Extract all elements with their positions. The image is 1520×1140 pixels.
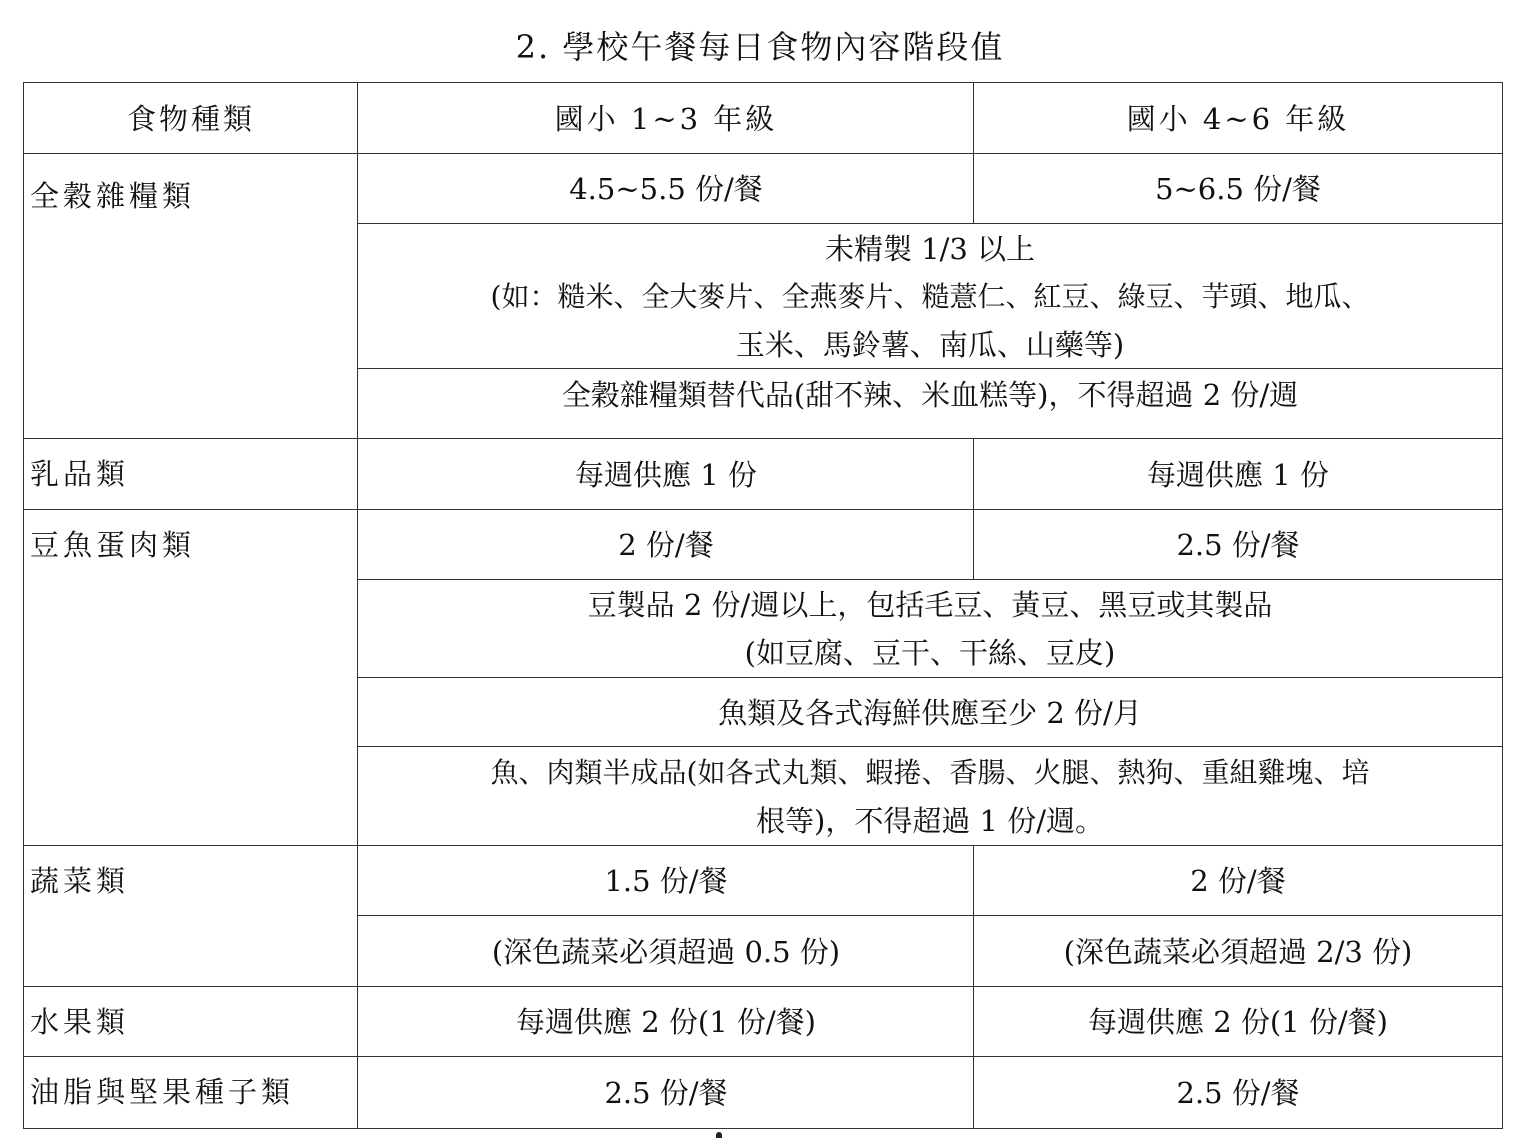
note-line: 魚類及各式海鮮供應至少 2 份/月 (718, 689, 1142, 737)
cell-value: 5~6.5 份/餐 (1155, 165, 1321, 213)
category-grains: 全穀雜糧類 (23, 153, 359, 440)
note-line: (如豆腐、豆干、干絲、豆皮) (745, 629, 1116, 677)
header-label: 食物種類 (127, 95, 255, 143)
grains-unrefined-note: 未精製 1/3 以上 (如：糙米、全大麥片、全燕麥片、糙薏仁、紅豆、綠豆、芋頭、… (357, 223, 1503, 370)
protein-seafood-note: 魚類及各式海鮮供應至少 2 份/月 (357, 677, 1503, 748)
note-line: (如：糙米、全大麥片、全燕麥片、糙薏仁、紅豆、綠豆、芋頭、地瓜、 (491, 273, 1370, 321)
category-oils: 油脂與堅果種子類 (23, 1056, 359, 1129)
vegetables-dark-g1-3: (深色蔬菜必須超過 0.5 份) (357, 915, 975, 988)
page-number-fragment (716, 1132, 722, 1138)
cell-value: 2.5 份/餐 (1176, 521, 1299, 569)
vegetables-g4-6: 2 份/餐 (973, 845, 1503, 917)
protein-processed-note: 魚、肉類半成品(如各式丸類、蝦捲、香腸、火腿、熱狗、重組雞塊、培 根等)，不得超… (357, 746, 1503, 847)
oils-g1-3: 2.5 份/餐 (357, 1056, 975, 1129)
category-label: 水果類 (30, 998, 129, 1046)
category-protein: 豆魚蛋肉類 (23, 509, 359, 847)
category-fruit: 水果類 (23, 986, 359, 1058)
note-line: 根等)，不得超過 1 份/週。 (756, 797, 1104, 845)
category-label: 蔬菜類 (30, 857, 129, 905)
protein-g1-3: 2 份/餐 (357, 509, 975, 581)
dairy-g1-3: 每週供應 1 份 (357, 438, 975, 511)
cell-value: 每週供應 2 份(1 份/餐) (516, 998, 816, 1046)
category-label: 油脂與堅果種子類 (30, 1068, 294, 1116)
grains-substitute-note: 全穀雜糧類替代品(甜不辣、米血糕等)，不得超過 2 份/週 (357, 368, 1503, 440)
note-line: 玉米、馬鈴薯、南瓜、山藥等) (736, 321, 1124, 369)
header-food-category: 食物種類 (23, 82, 359, 155)
cell-value: 2 份/餐 (1190, 857, 1285, 905)
cell-value: (深色蔬菜必須超過 2/3 份) (1064, 928, 1413, 976)
grains-g1-3: 4.5~5.5 份/餐 (357, 153, 975, 225)
cell-value: 2 份/餐 (618, 521, 713, 569)
cell-value: 4.5~5.5 份/餐 (569, 165, 763, 213)
cell-value: (深色蔬菜必須超過 0.5 份) (492, 928, 840, 976)
fruit-g1-3: 每週供應 2 份(1 份/餐) (357, 986, 975, 1058)
cell-value: 每週供應 1 份 (575, 451, 757, 499)
dairy-g4-6: 每週供應 1 份 (973, 438, 1503, 511)
protein-g4-6: 2.5 份/餐 (973, 509, 1503, 581)
protein-soy-note: 豆製品 2 份/週以上，包括毛豆、黃豆、黑豆或其製品 (如豆腐、豆干、干絲、豆皮… (357, 579, 1503, 679)
category-label: 豆魚蛋肉類 (30, 521, 195, 569)
cell-value: 每週供應 1 份 (1147, 451, 1329, 499)
header-label: 國小 1~3 年級 (555, 95, 778, 143)
grains-g4-6: 5~6.5 份/餐 (973, 153, 1503, 225)
oils-g4-6: 2.5 份/餐 (973, 1056, 1503, 1129)
vegetables-dark-g4-6: (深色蔬菜必須超過 2/3 份) (973, 915, 1503, 988)
category-vegetables: 蔬菜類 (23, 845, 359, 988)
cell-value: 每週供應 2 份(1 份/餐) (1088, 998, 1388, 1046)
note-line: 魚、肉類半成品(如各式丸類、蝦捲、香腸、火腿、熱狗、重組雞塊、培 (491, 749, 1370, 797)
cell-value: 2.5 份/餐 (1176, 1069, 1299, 1117)
document-title: 2. 學校午餐每日食物內容階段值 (0, 22, 1520, 68)
note-line: 豆製品 2 份/週以上，包括毛豆、黃豆、黑豆或其製品 (588, 581, 1273, 629)
cell-value: 1.5 份/餐 (604, 857, 727, 905)
header-grade-1-3: 國小 1~3 年級 (357, 82, 975, 155)
fruit-g4-6: 每週供應 2 份(1 份/餐) (973, 986, 1503, 1058)
category-label: 全穀雜糧類 (30, 172, 195, 220)
category-dairy: 乳品類 (23, 438, 359, 511)
vegetables-g1-3: 1.5 份/餐 (357, 845, 975, 917)
category-label: 乳品類 (30, 450, 129, 498)
note-line: 未精製 1/3 以上 (825, 225, 1035, 273)
note-line: 全穀雜糧類替代品(甜不辣、米血糕等)，不得超過 2 份/週 (562, 371, 1298, 419)
header-label: 國小 4~6 年級 (1127, 95, 1350, 143)
header-grade-4-6: 國小 4~6 年級 (973, 82, 1503, 155)
cell-value: 2.5 份/餐 (604, 1069, 727, 1117)
